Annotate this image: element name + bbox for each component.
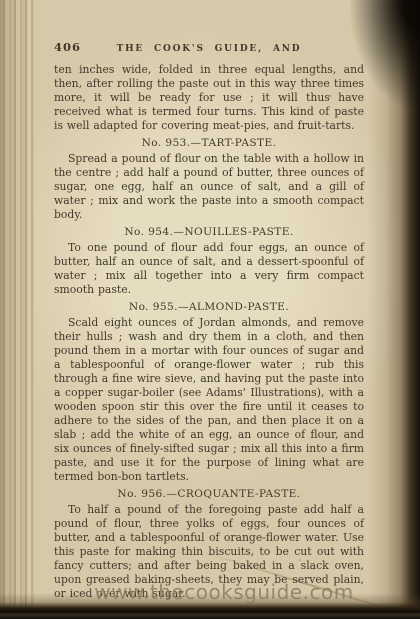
- continuation-paragraph: ten inches wide, folded in three equal l…: [54, 63, 364, 133]
- watermark-text: www.thecooksguide.com: [46, 580, 402, 604]
- running-header: THE COOK'S GUIDE, AND: [98, 44, 320, 54]
- section-heading-953: No. 953.—TART-PASTE.: [54, 137, 364, 149]
- section-body-953: Spread a pound of flour on the table wit…: [54, 152, 364, 222]
- section-body-955: Scald eight ounces of Jordan almonds, an…: [54, 316, 364, 484]
- page-number: 406: [54, 40, 98, 54]
- section-heading-954: No. 954.—NOUILLES-PASTE.: [54, 226, 364, 238]
- book-page-edges-left: [0, 0, 34, 619]
- section-heading-955: No. 955.—ALMOND-PASTE.: [54, 301, 364, 313]
- section-body-954: To one pound of flour add four eggs, an …: [54, 241, 364, 297]
- section-heading-956: No. 956.—CROQUANTE-PASTE.: [54, 488, 364, 500]
- printed-page: 406 THE COOK'S GUIDE, AND ten inches wid…: [54, 40, 364, 603]
- page-header: 406 THE COOK'S GUIDE, AND: [54, 40, 364, 54]
